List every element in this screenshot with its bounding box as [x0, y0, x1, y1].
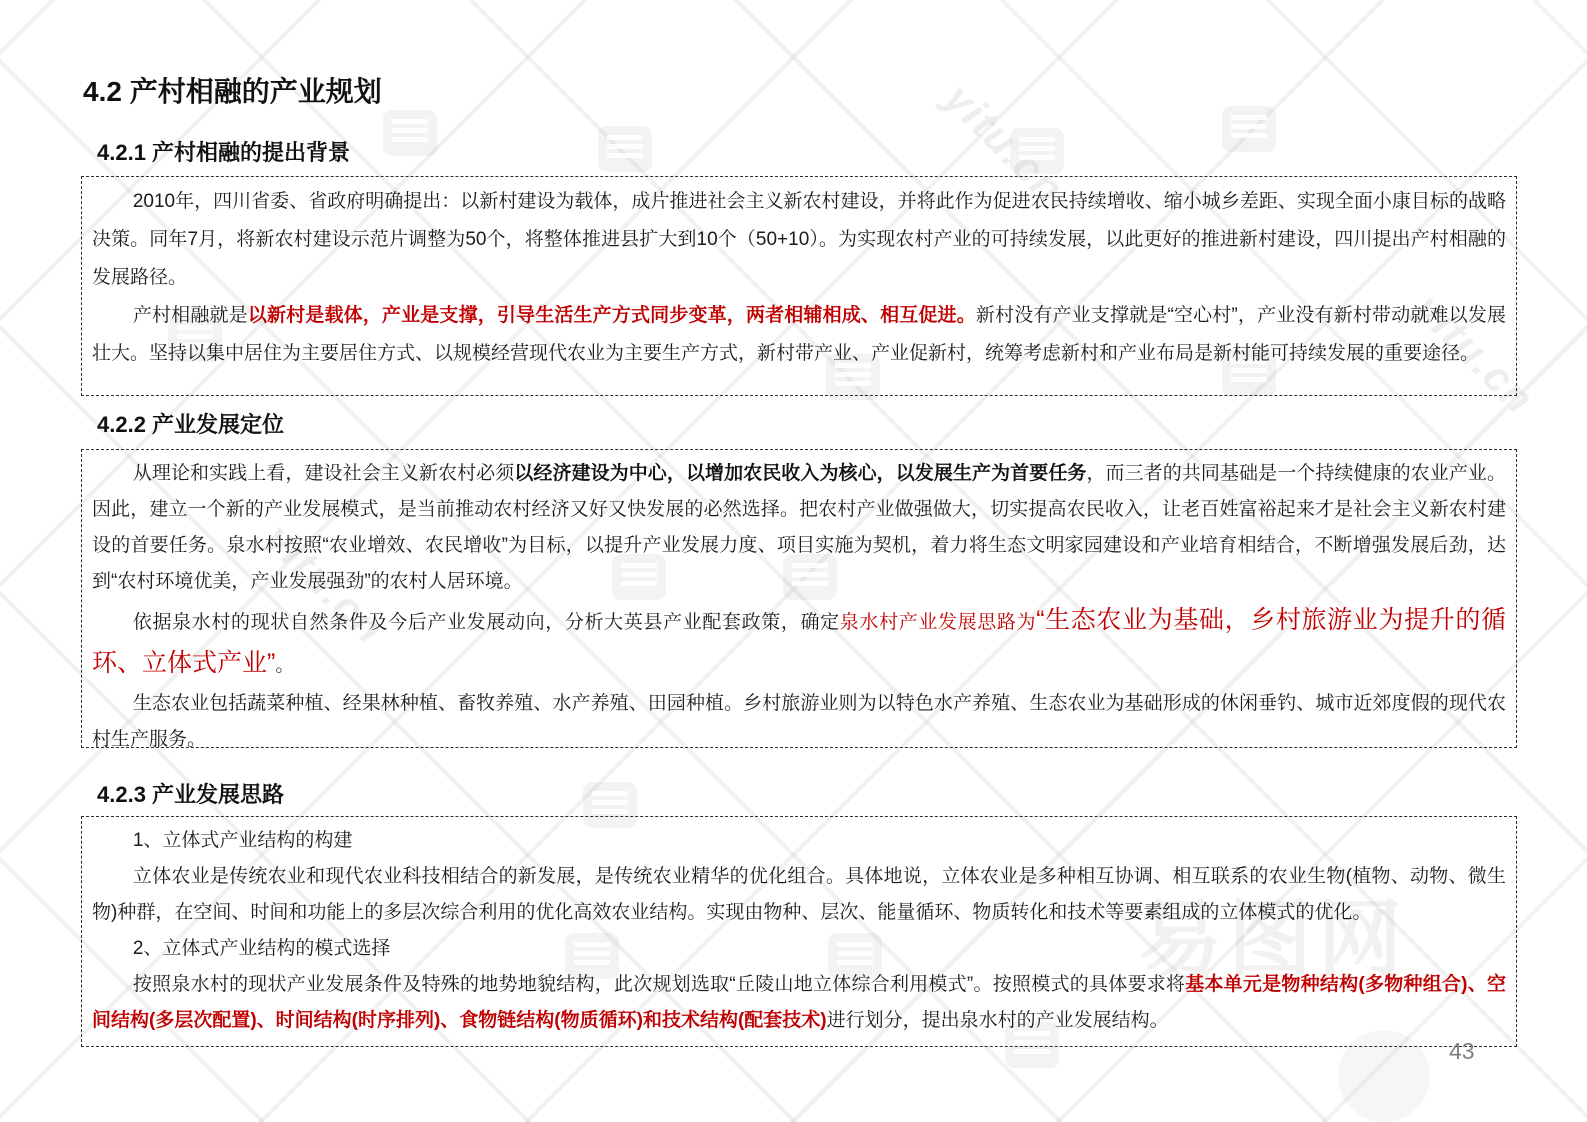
paragraph: 2010年，四川省委、省政府明确提出：以新村建设为载体，成片推进社会主义新农村建… — [92, 183, 1506, 297]
text-segment: 以新村是载体，产业是支撑，引导生活生产方式同步变革，两者相辅相成、相互促进。 — [248, 305, 976, 326]
section-422-box: 从理论和实践上看，建设社会主义新农村必须以经济建设为中心，以增加农民收入为核心，… — [81, 449, 1517, 748]
watermark-logo-icon — [1010, 128, 1064, 174]
section-heading-421: 4.2.1 产村相融的提出背景 — [97, 136, 350, 167]
section-421-box: 2010年，四川省委、省政府明确提出：以新村建设为载体，成片推进社会主义新农村建… — [81, 176, 1517, 396]
text-segment: 依据泉水村的现状自然条件及今后产业发展动向，分析大英县产业配套政策，确定 — [133, 612, 840, 633]
text-segment: 生态农业包括蔬菜种植、经果林种植、畜牧养殖、水产养殖、田园种植。乡村旅游业则为以… — [92, 693, 1506, 748]
text-segment: 2、立体式产业结构的模式选择 — [133, 938, 391, 959]
section-423-box: 1、立体式产业结构的构建 立体农业是传统农业和现代农业科技相结合的新发展，是传统… — [81, 816, 1517, 1047]
watermark-logo-icon — [383, 110, 437, 156]
paragraph: 依据泉水村的现状自然条件及今后产业发展动向，分析大英县产业配套政策，确定泉水村产… — [92, 600, 1506, 686]
paragraph: 产村相融就是以新村是载体，产业是支撑，引导生活生产方式同步变革，两者相辅相成、相… — [92, 297, 1506, 373]
page-title: 4.2 产村相融的产业规划 — [83, 70, 382, 110]
watermark-logo-icon — [1222, 106, 1276, 152]
section-heading-422: 4.2.2 产业发展定位 — [97, 408, 284, 439]
paragraph: 2、立体式产业结构的模式选择 — [92, 931, 1506, 967]
paragraph: 1、立体式产业结构的构建 — [92, 823, 1506, 859]
text-segment: 。 — [275, 655, 294, 676]
paragraph: 按照泉水村的现状产业发展条件及特殊的地势地貌结构，此次规划选取“丘陵山地立体综合… — [92, 967, 1506, 1039]
section-heading-423: 4.2.3 产业发展思路 — [97, 778, 284, 809]
paragraph: 立体农业是传统农业和现代农业科技相结合的新发展，是传统农业精华的优化组合。具体地… — [92, 859, 1506, 931]
text-segment: 1、立体式产业结构的构建 — [133, 830, 353, 851]
text-segment: 产村相融就是 — [133, 305, 248, 326]
paragraph: 生态农业包括蔬菜种植、经果林种植、畜牧养殖、水产养殖、田园种植。乡村旅游业则为以… — [92, 686, 1506, 748]
text-segment: 以经济建设为中心，以增加农民收入为核心，以发展生产为首要任务 — [514, 463, 1086, 484]
page-number: 43 — [1449, 1038, 1475, 1065]
text-segment: 从理论和实践上看，建设社会主义新农村必须 — [133, 463, 514, 484]
text-segment: 按照泉水村的现状产业发展条件及特殊的地势地貌结构，此次规划选取“丘陵山地立体综合… — [133, 974, 1185, 995]
watermark-logo-icon — [598, 126, 652, 172]
text-segment: 2010年，四川省委、省政府明确提出：以新村建设为载体，成片推进社会主义新农村建… — [92, 191, 1506, 288]
text-segment: 泉水村产业发展思路为 — [840, 612, 1036, 633]
text-segment: 立体农业是传统农业和现代农业科技相结合的新发展，是传统农业精华的优化组合。具体地… — [92, 866, 1506, 923]
text-segment: 进行划分，提出泉水村的产业发展结构。 — [827, 1010, 1169, 1031]
paragraph: 从理论和实践上看，建设社会主义新农村必须以经济建设为中心，以增加农民收入为核心，… — [92, 456, 1506, 600]
